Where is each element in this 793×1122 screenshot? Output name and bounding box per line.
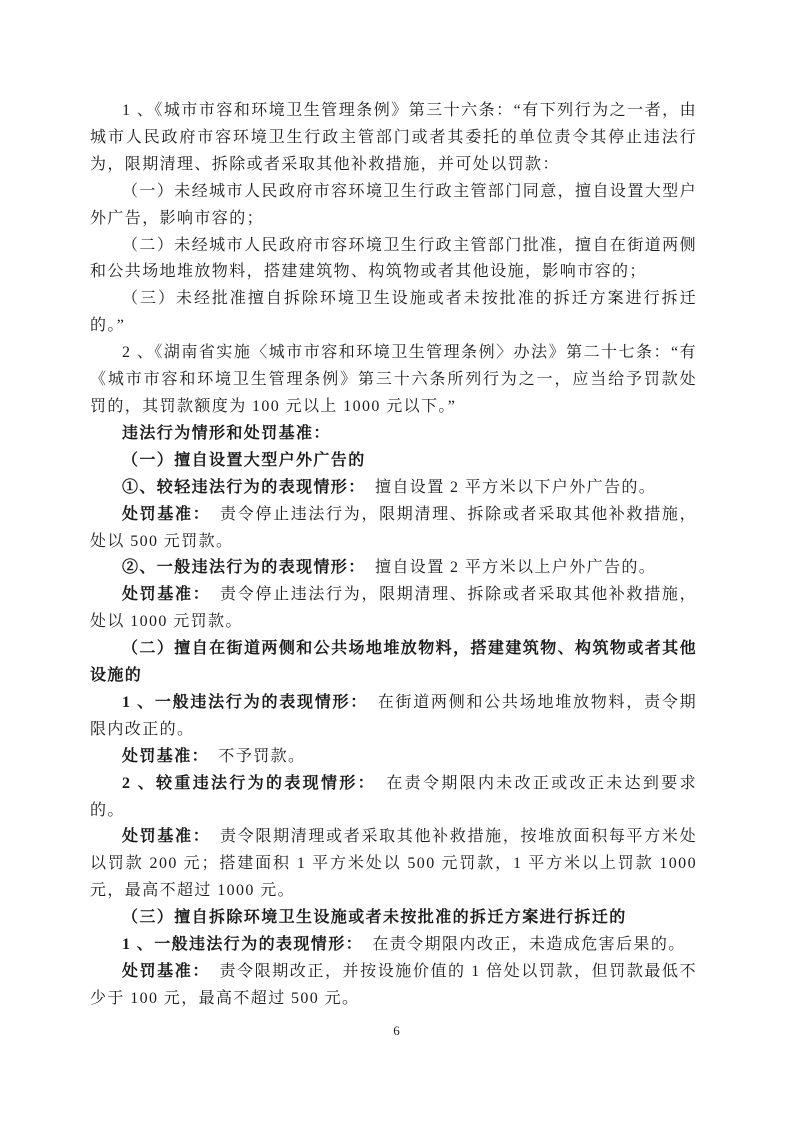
- bold-run: 违法行为情形和处罚基准：: [122, 425, 331, 442]
- paragraph: 2 、较重违法行为的表现情形： 在责令期限内未改正或改正未达到要求的。: [90, 771, 697, 825]
- paragraph: （一）擅自设置大型户外广告的: [90, 448, 697, 475]
- paragraph: （二）擅自在街道两侧和公共场地堆放物料，搭建建筑物、构筑物或者其他设施的: [90, 636, 697, 690]
- bold-run: 1 、一般违法行为的表现情形：: [122, 936, 355, 953]
- bold-run: ②、一般违法行为的表现情形：: [122, 559, 358, 576]
- paragraph: 违法行为情形和处罚基准：: [90, 421, 697, 448]
- paragraph: 处罚基准： 责令限期清理或者采取其他补救措施，按堆放面积每平方米处以罚款 200…: [90, 824, 697, 905]
- bold-run: 处罚基准：: [122, 828, 202, 845]
- paragraph: 1 、《城市市容和环境卫生管理条例》第三十六条：“有下列行为之一者，由城市人民政…: [90, 98, 697, 179]
- text-run: 2 、《湖南省实施〈城市市容和环境卫生管理条例〉办法》第二十七条：“有《城市市容…: [90, 344, 697, 415]
- document-page: 1 、《城市市容和环境卫生管理条例》第三十六条：“有下列行为之一者，由城市人民政…: [0, 0, 793, 1122]
- document-body: 1 、《城市市容和环境卫生管理条例》第三十六条：“有下列行为之一者，由城市人民政…: [90, 98, 697, 1013]
- text-run: 不予罚款。: [201, 748, 305, 765]
- text-run: （二）未经城市人民政府市容环境卫生行政主管部门批准，擅自在街道两侧和公共场地堆放…: [90, 237, 697, 281]
- bold-run: ①、较轻违法行为的表现情形：: [122, 479, 358, 496]
- text-run: （一）未经城市人民政府市容环境卫生行政主管部门同意，擅自设置大型户外广告，影响市…: [90, 183, 697, 227]
- paragraph: （三）擅自拆除环境卫生设施或者未按批准的拆迁方案进行拆迁的: [90, 905, 697, 932]
- text-run: 1 、《城市市容和环境卫生管理条例》第三十六条：“有下列行为之一者，由城市人民政…: [90, 102, 697, 173]
- paragraph: （一）未经城市人民政府市容环境卫生行政主管部门同意，擅自设置大型户外广告，影响市…: [90, 179, 697, 233]
- bold-run: 处罚基准：: [122, 506, 202, 523]
- text-run: 在责令期限内改正，未造成危害后果的。: [355, 936, 686, 953]
- page-footer: 6: [0, 1022, 793, 1040]
- bold-run: 处罚基准：: [122, 963, 202, 980]
- paragraph: 处罚基准： 不予罚款。: [90, 744, 697, 771]
- paragraph: ②、一般违法行为的表现情形： 擅自设置 2 平方米以上户外广告的。: [90, 555, 697, 582]
- paragraph: （三）未经批准擅自拆除环境卫生设施或者未按批准的拆迁方案进行拆迁的。”: [90, 286, 697, 340]
- page-number: 6: [393, 1023, 400, 1038]
- paragraph: 1 、一般违法行为的表现情形： 在责令期限内改正，未造成危害后果的。: [90, 932, 697, 959]
- paragraph: ①、较轻违法行为的表现情形： 擅自设置 2 平方米以下户外广告的。: [90, 475, 697, 502]
- bold-run: 处罚基准：: [122, 748, 201, 765]
- paragraph: （二）未经城市人民政府市容环境卫生行政主管部门批准，擅自在街道两侧和公共场地堆放…: [90, 233, 697, 287]
- paragraph: 1 、一般违法行为的表现情形： 在街道两侧和公共场地堆放物料，责令期限内改正的。: [90, 690, 697, 744]
- text-run: （三）未经批准擅自拆除环境卫生设施或者未按批准的拆迁方案进行拆迁的。”: [90, 290, 697, 334]
- text-run: 擅自设置 2 平方米以上户外广告的。: [358, 559, 657, 576]
- bold-run: 1 、一般违法行为的表现情形：: [122, 694, 360, 711]
- paragraph: 2 、《湖南省实施〈城市市容和环境卫生管理条例〉办法》第二十七条：“有《城市市容…: [90, 340, 697, 421]
- bold-run: （二）擅自在街道两侧和公共场地堆放物料，搭建建筑物、构筑物或者其他设施的: [90, 640, 697, 684]
- bold-run: （一）擅自设置大型户外广告的: [122, 452, 366, 469]
- bold-run: 2 、较重违法行为的表现情形：: [122, 775, 368, 792]
- paragraph: 处罚基准： 责令停止违法行为，限期清理、拆除或者采取其他补救措施，处以 500 …: [90, 502, 697, 556]
- paragraph: 处罚基准： 责令停止违法行为，限期清理、拆除或者采取其他补救措施，处以 1000…: [90, 582, 697, 636]
- paragraph: 处罚基准： 责令限期改正，并按设施价值的 1 倍处以罚款，但罚款最低不少于 10…: [90, 959, 697, 1013]
- text-run: 擅自设置 2 平方米以下户外广告的。: [358, 479, 657, 496]
- bold-run: 处罚基准：: [122, 586, 202, 603]
- bold-run: （三）擅自拆除环境卫生设施或者未按批准的拆迁方案进行拆迁的: [122, 909, 627, 926]
